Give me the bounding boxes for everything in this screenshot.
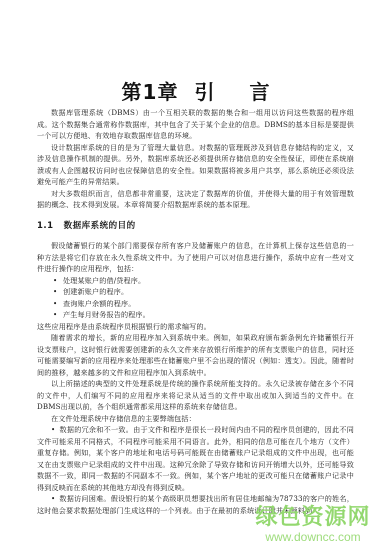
- body-paragraph-5: 在文件处理系统中存储信息的主要弊端包括：: [37, 413, 354, 425]
- list-item: 创建新账户的程序。: [53, 286, 354, 298]
- section-heading: 1.1数据库系统的目的: [37, 221, 354, 233]
- body-paragraph-3: 随着需求的增长，新的应用程序加入到系统中来。例如，如果政府颁布新条例允许储蓄银行…: [37, 332, 354, 378]
- drawback-redundancy-text: 由于文件和程序是很长一段时间内由不同的程序员创建的，因此不同文件可能采用不同格式…: [37, 425, 354, 492]
- page-content: 数据库管理系统（DBMS）由一个互相关联的数据的集合和一组用以访问这些数据的程序…: [37, 107, 354, 516]
- operations-list: 处理某账户的借/贷程序。 创建新账户的程序。 查询账户余额的程序。 产生每月财务…: [37, 275, 354, 321]
- intro-paragraph-1: 数据库管理系统（DBMS）由一个互相关联的数据的集合和一组用以访问这些数据的程序…: [37, 107, 354, 142]
- bullet-icon: •: [51, 494, 55, 503]
- drawback-redundancy-lead: 数据的冗余和不一致。: [59, 425, 133, 434]
- chapter-title-char-2: 言: [249, 80, 270, 104]
- body-paragraph-1: 假设储蓄银行的某个部门需要保存所有客户及储蓄账户的信息，在计算机上保存这些信息的…: [37, 240, 354, 275]
- list-item: 产生每月财务报告的程序。: [53, 309, 354, 321]
- section-title: 数据库系统的目的: [64, 221, 136, 231]
- bullet-icon: •: [51, 425, 55, 434]
- chapter-number: 第1章: [122, 80, 179, 104]
- document-page: 第1章引言 数据库管理系统（DBMS）由一个互相关联的数据的集合和一组用以访问这…: [0, 0, 392, 556]
- watermark: 绿色资源网 www.downcc.com: [248, 506, 378, 544]
- watermark-brand: 绿色资源网: [248, 506, 378, 530]
- drawback-access-lead: 数据访问困难。: [59, 494, 110, 503]
- intro-paragraph-3: 对大多数组织而言，信息都非常重要，这决定了数据库的价值，并使得大量的用于有效管理…: [37, 188, 354, 211]
- intro-paragraph-2: 设计数据库系统的目的是为了管理大量信息。对数据的管理既涉及到信息存储结构的定义，…: [37, 142, 354, 188]
- list-item: 查询账户余额的程序。: [53, 298, 354, 310]
- list-item: 处理某账户的借/贷程序。: [53, 275, 354, 287]
- watermark-url: www.downcc.com: [248, 530, 378, 544]
- chapter-title: 第1章引言: [0, 76, 392, 105]
- body-paragraph-2: 这些应用程序是由系统程序员根据银行的需求编写的。: [37, 321, 354, 333]
- chapter-title-char-1: 引: [194, 80, 215, 104]
- section-number: 1.1: [37, 221, 54, 231]
- body-paragraph-4: 以上所描述的典型的文件处理系统是传统的操作系统所能支持的。永久记录被存储在多个不…: [37, 378, 354, 413]
- drawback-redundancy: •数据的冗余和不一致。由于文件和程序是很长一段时间内由不同的程序员创建的，因此不…: [37, 424, 354, 493]
